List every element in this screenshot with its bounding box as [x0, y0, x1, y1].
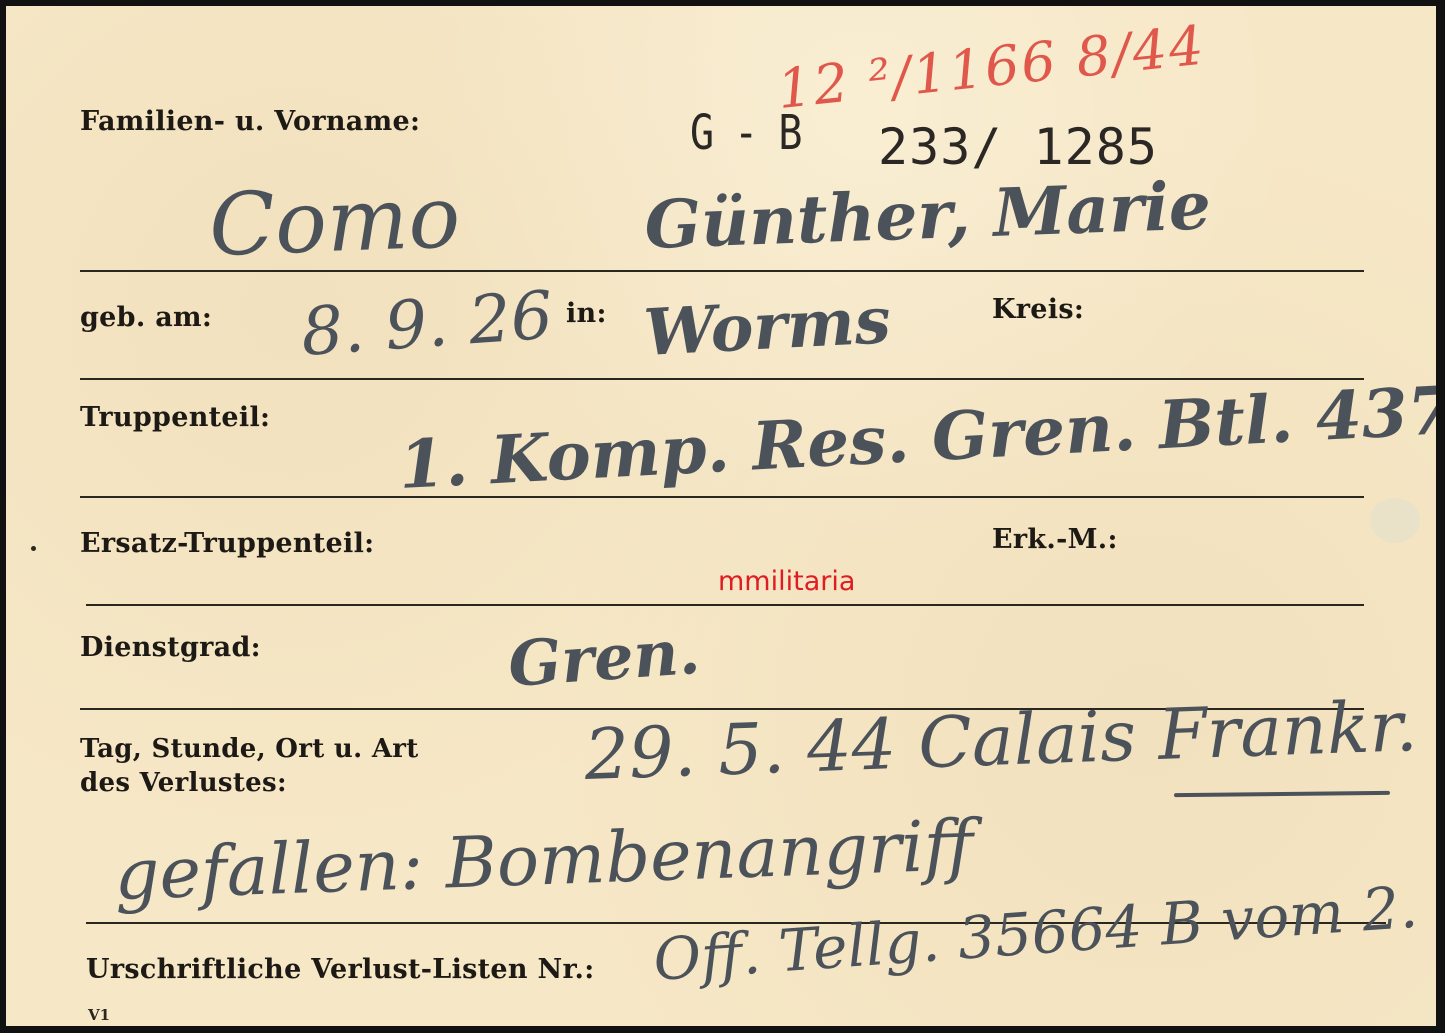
typed-reference-number: 233/ 1285	[878, 118, 1158, 176]
rule-line	[86, 604, 1364, 606]
paper-stain	[1370, 498, 1420, 543]
rule-line	[80, 378, 1364, 380]
loss-list-label: Urschriftliche Verlust-Listen Nr.:	[86, 954, 595, 985]
rank-label: Dienstgrad:	[80, 632, 261, 663]
loss-label-line2: des Verlustes:	[80, 766, 287, 800]
loss-detail-value: gefallen: Bombenangriff	[113, 804, 975, 916]
rank-value: Gren.	[506, 615, 702, 701]
ink-dot	[31, 546, 36, 551]
birth-place-value: Worms	[642, 283, 892, 371]
surname-value: Como	[208, 167, 462, 276]
name-label: Familien- u. Vorname:	[80, 106, 420, 137]
red-handwritten-number: 12 ²/1166 8/44	[774, 13, 1208, 121]
replacement-unit-label: Ersatz-Truppenteil:	[80, 528, 374, 559]
id-tag-label: Erk.-M.:	[992, 524, 1118, 555]
birth-date-label: geb. am:	[80, 302, 212, 333]
birth-place-label: in:	[566, 298, 607, 329]
unit-value: 1. Komp. Res. Gren. Btl. 437	[397, 371, 1436, 504]
rule-line	[80, 496, 1364, 498]
unit-label: Truppenteil:	[80, 402, 270, 433]
typed-prefix: G - B	[690, 106, 800, 161]
given-names-value: Günther, Marie	[643, 166, 1212, 264]
birth-date-value: 8. 9. 26	[299, 277, 556, 371]
rule-line	[80, 270, 1364, 272]
form-id: V1	[88, 1006, 110, 1024]
loss-value: 29. 5. 44 Calais Frankr.	[583, 685, 1419, 796]
loss-label-line1: Tag, Stunde, Ort u. Art	[80, 732, 419, 766]
watermark: mmilitaria	[718, 566, 855, 597]
district-label: Kreis:	[992, 294, 1084, 325]
casualty-index-card: 12 ²/1166 8/44 G - B 233/ 1285 Familien-…	[6, 6, 1436, 1026]
loss-underline-stroke	[1174, 791, 1390, 797]
